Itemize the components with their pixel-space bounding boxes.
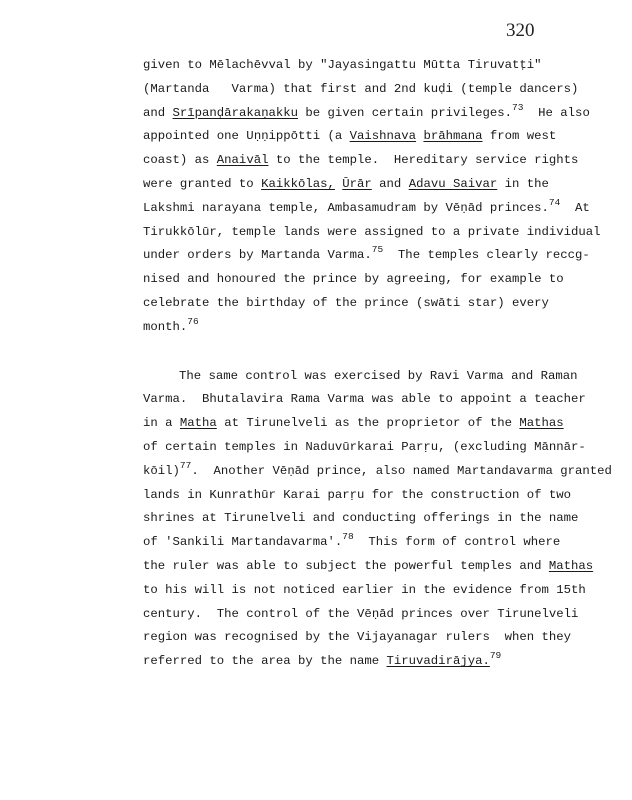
text-run: Varma. Bhutalavira Rama Varma was able t… [143,392,586,406]
text-run: Tirukkōlūr, temple lands were assigned t… [143,225,601,239]
text-run: and [372,177,409,191]
underlined-term: Vaishnava [350,129,416,143]
text-run: month. [143,320,187,334]
underlined-term: Mathas [549,559,593,573]
text-run: celebrate the birthday of the prince (sw… [143,296,549,310]
text-run: the ruler was able to subject the powerf… [143,559,549,573]
text-line: to his will is not noticed earlier in th… [143,579,623,603]
text-line: and Srīpanḍārakaṇakku be given certain p… [143,102,623,126]
underlined-term: Matha [180,416,217,430]
text-line: under orders by Martanda Varma.75 The te… [143,244,623,268]
text-run: Lakshmi narayana temple, Ambasamudram by… [143,201,549,215]
text-line: nised and honoured the prince by agreein… [143,268,623,292]
text-line: The same control was exercised by Ravi V… [143,365,623,389]
footnote-ref: 75 [372,244,383,255]
footnote-ref: 74 [549,197,560,208]
text-run: region was recognised by the Vijayanagar… [143,630,571,644]
text-run: lands in Kunrathūr Karai parṛu for the c… [143,488,571,502]
text-line: lands in Kunrathūr Karai parṛu for the c… [143,484,623,508]
text-line: century. The control of the Vēṇād prince… [143,603,623,627]
text-line: kōil)77. Another Vēṇād prince, also name… [143,460,623,484]
text-line: referred to the area by the name Tiruvad… [143,650,623,674]
page-number: 320 [506,20,535,42]
footnote-ref: 73 [512,102,523,113]
text-run: of certain temples in Naduvūrkarai Parṛu… [143,440,586,454]
underlined-term: Mathas [519,416,563,430]
text-line: shrines at Tirunelveli and conducting of… [143,507,623,531]
footnote-ref: 77 [180,460,191,471]
text-line: given to Mēlachēvval by "Jayasingattu Mū… [143,54,623,78]
text-line: of 'Sankili Martandavarma'.78 This form … [143,531,623,555]
text-run: were granted to [143,177,261,191]
text-line: the ruler was able to subject the powerf… [143,555,623,579]
text-run: nised and honoured the prince by agreein… [143,272,564,286]
text-run: At [560,201,590,215]
text-run: appointed one Uṇṇippōtti (a [143,129,350,143]
text-run: century. The control of the Vēṇād prince… [143,607,578,621]
text-run: at Tirunelveli as the proprietor of the [217,416,520,430]
footnote-ref: 78 [342,531,353,542]
text-line: month.76 [143,316,623,340]
text-run: This form of control where [354,535,561,549]
text-line: (Martanda Varma) that first and 2nd kuḍi… [143,78,623,102]
text-run: He also [523,106,589,120]
underlined-term: Srīpanḍārakaṇakku [173,106,298,120]
text-line: Varma. Bhutalavira Rama Varma was able t… [143,388,623,412]
underlined-term: Kaikkōlas, [261,177,335,191]
text-run: kōil) [143,464,180,478]
text-line: in a Matha at Tirunelveli as the proprie… [143,412,623,436]
document-body: given to Mēlachēvval by "Jayasingattu Mū… [143,54,623,674]
text-run: from west [482,129,556,143]
footnote-ref: 79 [490,650,501,661]
text-line: of certain temples in Naduvūrkarai Parṛu… [143,436,623,460]
underlined-term: Adavu Saivar [409,177,498,191]
text-run: be given certain privileges. [298,106,512,120]
footnote-ref: 76 [187,316,198,327]
paragraph-2: The same control was exercised by Ravi V… [143,365,623,674]
text-line: Tirukkōlūr, temple lands were assigned t… [143,221,623,245]
underlined-term: Ūrār [342,177,372,191]
text-run: in the [497,177,549,191]
underlined-term: Anaivāl [217,153,269,167]
underlined-term: brāhmana [423,129,482,143]
text-run: (Martanda Varma) that first and 2nd kuḍi… [143,82,578,96]
text-run: in a [143,416,180,430]
text-run: The temples clearly reccg- [383,248,590,262]
text-line: celebrate the birthday of the prince (sw… [143,292,623,316]
text-line: appointed one Uṇṇippōtti (a Vaishnava br… [143,125,623,149]
text-run: given to Mēlachēvval by "Jayasingattu Mū… [143,58,541,72]
text-run: referred to the area by the name [143,654,387,668]
text-run: The same control was exercised by Ravi V… [179,369,577,383]
paragraph-1: given to Mēlachēvval by "Jayasingattu Mū… [143,54,623,340]
text-run: to the temple. Hereditary service rights [268,153,578,167]
text-line: coast) as Anaivāl to the temple. Heredit… [143,149,623,173]
text-line: were granted to Kaikkōlas, Ūrār and Adav… [143,173,623,197]
text-line: Lakshmi narayana temple, Ambasamudram by… [143,197,623,221]
text-run: . Another Vēṇād prince, also named Marta… [191,464,612,478]
text-run: coast) as [143,153,217,167]
underlined-term: Tiruvadirājya. [387,654,490,668]
text-run: of 'Sankili Martandavarma'. [143,535,342,549]
text-run: under orders by Martanda Varma. [143,248,372,262]
text-run: and [143,106,173,120]
text-line: region was recognised by the Vijayanagar… [143,626,623,650]
text-run: to his will is not noticed earlier in th… [143,583,586,597]
paragraph-gap [143,340,623,365]
text-run: shrines at Tirunelveli and conducting of… [143,511,578,525]
